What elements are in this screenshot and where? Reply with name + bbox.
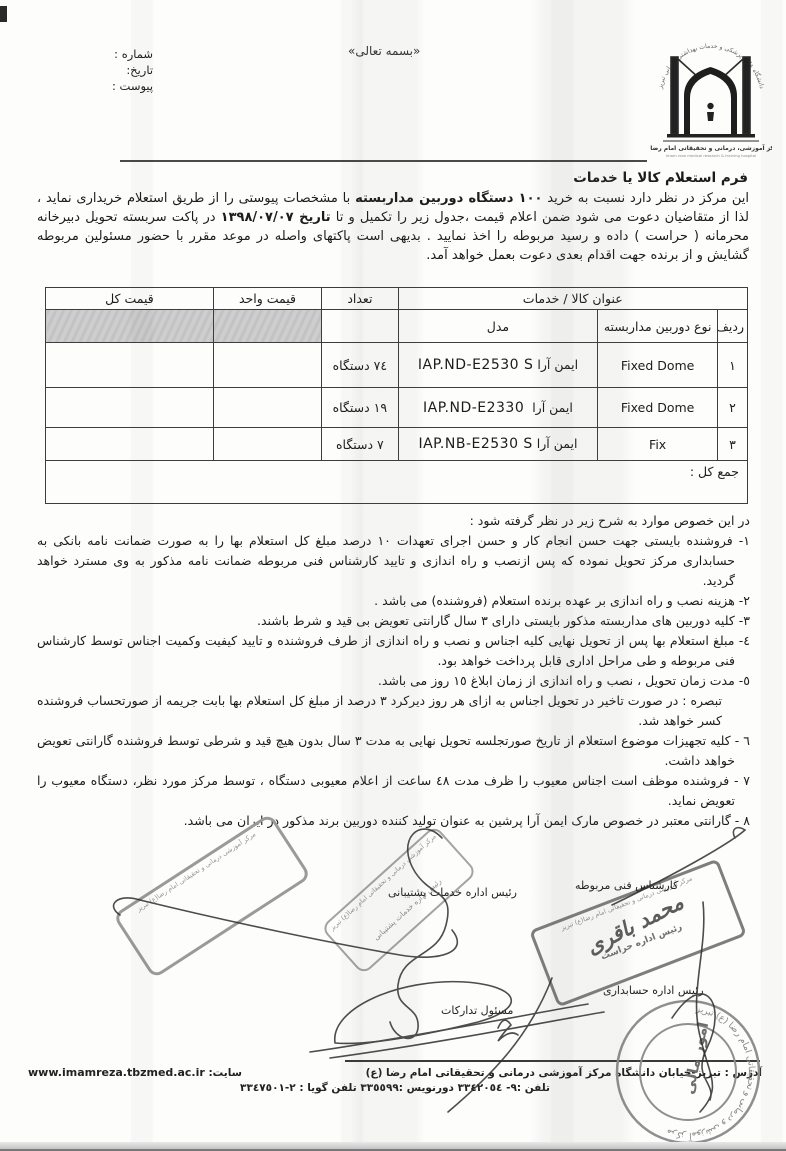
model-code: IAP.ND-E2530 S	[418, 357, 534, 373]
condition-item: ٥- مدت زمان تحویل ، نصب و راه اندازی از …	[37, 671, 750, 691]
items-table: عنوان کالا / خدمات تعداد قیمت واحد قیمت …	[45, 287, 748, 504]
table-row: ٢ Fixed Dome ایمن آرا IAP.ND-E2330 ١٩ دس…	[46, 388, 748, 428]
header-total-price: قیمت کل	[46, 288, 214, 310]
table-row: ١ Fixed Dome ایمن آرا IAP.ND-E2530 S ٧٤ …	[46, 343, 748, 388]
procurement-officer-label: مسئول تدارکات	[441, 1004, 513, 1017]
scan-bottom-edge	[0, 1142, 786, 1151]
camera-type: Fixed Dome	[598, 343, 718, 388]
condition-item: ٢- هزینه نصب و راه اندازی بر عهده برنده …	[37, 591, 750, 611]
logo-caption-en: Imam reza medical research & training ho…	[666, 153, 756, 158]
hospital-stamp-left: مرکز آموزشی درمانی و تحقیقاتی امام رضا(ع…	[112, 813, 311, 979]
accounting-head-label: رئیس اداره حسابداری	[603, 984, 704, 997]
model-code: IAP.NB-E2530 S	[418, 436, 532, 452]
header-row-no: ردیف	[717, 310, 747, 343]
total-price-cell	[46, 428, 214, 461]
intro-text: این مرکز در نظر دارد نسبت به خرید	[542, 191, 749, 206]
condition-item: ٦ - کلیه تجهیزات موضوع استعلام از تاریخ …	[37, 731, 750, 771]
condition-item: ١- فروشنده بایستی جهت حسن انجام کار و حس…	[37, 531, 750, 591]
support-office-stamp: مرکز آموزشی درمانی و تحقیقاتی امام رضا(ع…	[320, 825, 477, 976]
brand-name: ایمن آرا	[532, 400, 573, 415]
camera-model: ایمن آرا IAP.ND-E2530 S	[398, 343, 598, 388]
total-price-cell	[46, 388, 214, 428]
logo-building-icon	[663, 57, 759, 141]
ref-number-label: شماره :	[112, 46, 153, 62]
table-header-row-2: ردیف نوع دوربین مداربسته مدل	[46, 310, 748, 343]
unit-price-cell	[213, 343, 321, 388]
condition-item: ٨ - گارانتی معتبر در خصوص مارک ایمن آرا …	[37, 811, 750, 831]
header-model: مدل	[398, 310, 598, 343]
conditions-section: در این خصوص موارد به شرح زیر در نظر گرفت…	[37, 511, 750, 831]
condition-item: ٧ - فروشنده موظف است اجناس معیوب را ظرف …	[37, 771, 750, 811]
hospital-logo-icon: دانشگاه علوم پزشکی و خدمات بهداشتی درمان…	[650, 22, 772, 162]
empty-cell	[322, 310, 398, 343]
logo-bottom-text: مرکز آموزشی، درمانی و تحقیقاتی امام رضا(…	[650, 143, 772, 152]
table-header-row-1: عنوان کالا / خدمات تعداد قیمت واحد قیمت …	[46, 288, 748, 310]
camera-model: ایمن آرا IAP.ND-E2330	[398, 388, 598, 428]
footer-site: سایت: www.imamreza.tbzmed.ac.ir	[28, 1066, 242, 1079]
footer-site-url: www.imamreza.tbzmed.ac.ir	[28, 1066, 205, 1079]
header-type: نوع دوربین مداربسته	[598, 310, 718, 343]
condition-item: ٤- مبلغ استعلام بها پس از تحویل نهایی کل…	[37, 631, 750, 671]
quantity: ١٩ دستگاه	[322, 388, 398, 428]
shaded-cell	[213, 310, 321, 343]
ref-date-label: تاریخ:	[112, 62, 153, 78]
header-item-title: عنوان کالا / خدمات	[398, 288, 747, 310]
ref-attachment-label: پیوست :	[112, 78, 153, 94]
camera-type: Fixed Dome	[598, 388, 718, 428]
camera-model: ایمن آرا IAP.NB-E2530 S	[398, 428, 598, 461]
intro-bold-date: تاریخ ١٣٩٨/٠٧/٠٧	[221, 210, 331, 225]
row-number: ٢	[717, 388, 747, 428]
unit-price-cell	[213, 388, 321, 428]
scanned-procurement-form-page: شماره : تاریخ: پیوست : «بسمه تعالی» دانش…	[0, 0, 786, 1151]
finance-round-stamp: مرکز آموزشی و درمانی و تحقیقاتی امام رضا…	[613, 997, 763, 1147]
besmeleh-text: «بسمه تعالی»	[348, 44, 420, 58]
support-services-head-label: رئیس اداره خدمات پشتیبانی	[388, 886, 517, 899]
intro-paragraph: این مرکز در نظر دارد نسبت به خرید ١٠٠ دس…	[37, 189, 749, 265]
scan-artifact-mark	[0, 6, 7, 22]
brand-name: ایمن آرا	[537, 436, 578, 451]
grand-total-label: جمع کل :	[46, 461, 748, 504]
header-unit-price: قیمت واحد	[213, 288, 321, 310]
intro-bold-quantity: ١٠٠ دستگاه دوربین مداربسته	[355, 191, 542, 206]
row-number: ٣	[717, 428, 747, 461]
table-row: ٣ Fix ایمن آرا IAP.NB-E2530 S ٧ دستگاه	[46, 428, 748, 461]
model-code: IAP.ND-E2330	[423, 400, 524, 416]
technical-expert-label: کارشناس فنی مربوطه	[575, 879, 678, 892]
unit-price-cell	[213, 428, 321, 461]
finance-stamp-center-text: امور مالی	[679, 1020, 712, 1096]
reference-block: شماره : تاریخ: پیوست :	[112, 46, 153, 94]
form-title: فرم استعلام کالا یا خدمات	[573, 170, 748, 186]
shaded-cell	[46, 310, 214, 343]
row-number: ١	[717, 343, 747, 388]
header-qty: تعداد	[322, 288, 398, 310]
header-divider	[120, 160, 647, 162]
condition-item: ٣- کلیه دوربین های مداربسته مذکور بایستی…	[37, 611, 750, 631]
table-total-row: جمع کل :	[46, 461, 748, 504]
total-price-cell	[46, 343, 214, 388]
conditions-intro: در این خصوص موارد به شرح زیر در نظر گرفت…	[37, 511, 750, 531]
condition-note: تبصره : در صورت تاخیر در تحویل اجناس به …	[37, 691, 750, 731]
quantity: ٧٤ دستگاه	[322, 343, 398, 388]
camera-type: Fix	[598, 428, 718, 461]
quantity: ٧ دستگاه	[322, 428, 398, 461]
brand-name: ایمن آرا	[537, 357, 578, 372]
